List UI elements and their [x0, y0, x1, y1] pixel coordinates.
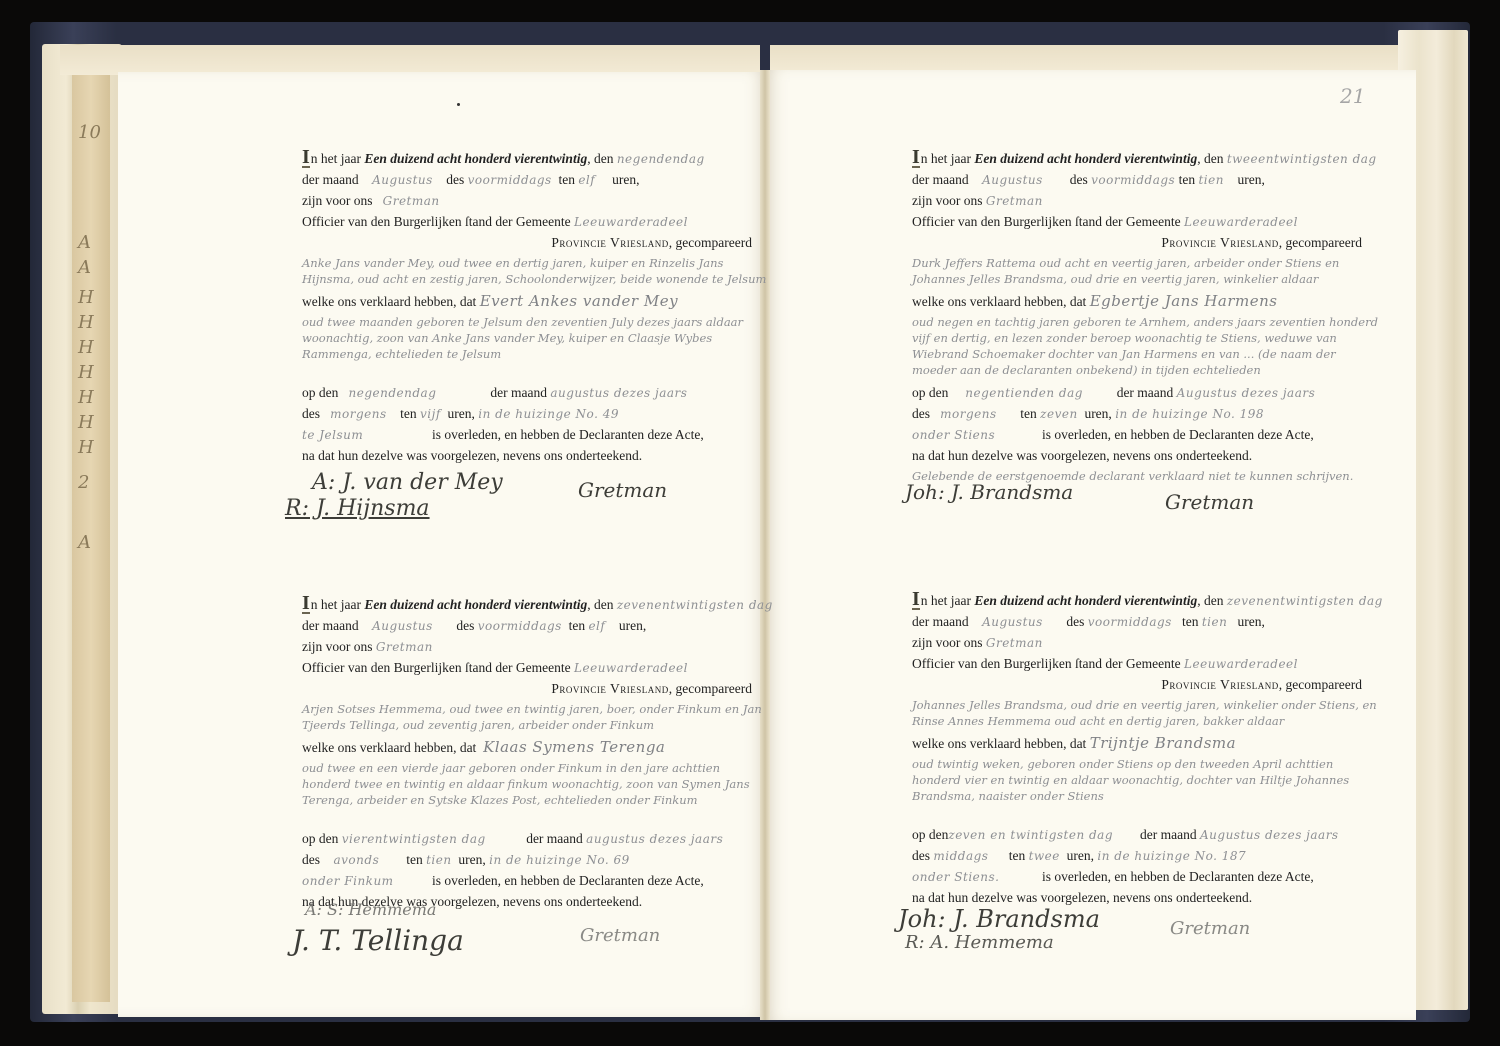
official-signature-1: Gretman	[578, 478, 667, 502]
deceased-details: oud twee en een vierde jaar geboren onde…	[302, 760, 772, 824]
deceased-name: Klaas Symens Terenga	[483, 738, 665, 756]
signature-1a: A: J. van der Mey	[312, 470, 503, 495]
deceased-details: oud twee maanden geboren te Jelsum den z…	[302, 314, 772, 378]
deceased-name: Trijntje Brandsma	[1090, 734, 1236, 752]
deceased-details: oud twintig weken, geboren onder Stiens …	[912, 756, 1382, 820]
official-signature-2: Gretman	[1165, 490, 1254, 514]
page-number: 21	[1340, 84, 1365, 108]
acte-2: In het jaar Een duizend acht honderd vie…	[912, 148, 1382, 488]
compareerden: Durk Jeffers Rattema oud acht en veertig…	[912, 255, 1382, 287]
official-signature-3: Gretman	[580, 925, 660, 946]
compareerden: Johannes Jelles Brandsma, oud drie en ve…	[912, 697, 1382, 729]
margin-fragment: 10	[78, 122, 101, 143]
deceased-name: Evert Ankes vander Mey	[480, 292, 678, 310]
compareerden: Arjen Sotses Hemmema, oud twee en twinti…	[302, 701, 772, 733]
top-page-edge-right	[770, 45, 1430, 73]
signature-3a: A: S: Hemmema	[305, 900, 436, 919]
signature-3b: J. T. Tellinga	[292, 924, 464, 957]
deceased-name: Egbertje Jans Harmens	[1090, 292, 1278, 310]
acte-date: tweeentwintigsten dag	[1227, 152, 1377, 166]
signature-2a: Joh: J. Brandsma	[905, 480, 1073, 504]
acte-date: zevenentwintigsten dag	[1227, 594, 1383, 608]
compareerden: Anke Jans vander Mey, oud twee en dertig…	[302, 255, 772, 287]
acte-date: zevenentwintigsten dag	[617, 598, 773, 612]
signature-4a: Joh: J. Brandsma	[898, 905, 1100, 933]
signature-4b: R: A. Hemmema	[905, 932, 1054, 953]
acte-1: In het jaar Een duizend acht honderd vie…	[302, 148, 772, 466]
top-page-edge-left	[60, 45, 760, 75]
acte-date: negendendag	[617, 152, 705, 166]
left-margin-strip: 10 A A H H H H H H H 2 A	[72, 72, 110, 1002]
acte-3: In het jaar Een duizend acht honderd vie…	[302, 594, 772, 912]
ink-dot	[457, 103, 460, 106]
official-signature-4: Gretman	[1170, 918, 1250, 939]
acte-4: In het jaar Een duizend acht honderd vie…	[912, 590, 1382, 908]
signature-1b: R: J. Hijnsma	[285, 496, 430, 521]
deceased-details: oud negen en tachtig jaren geboren te Ar…	[912, 314, 1382, 378]
